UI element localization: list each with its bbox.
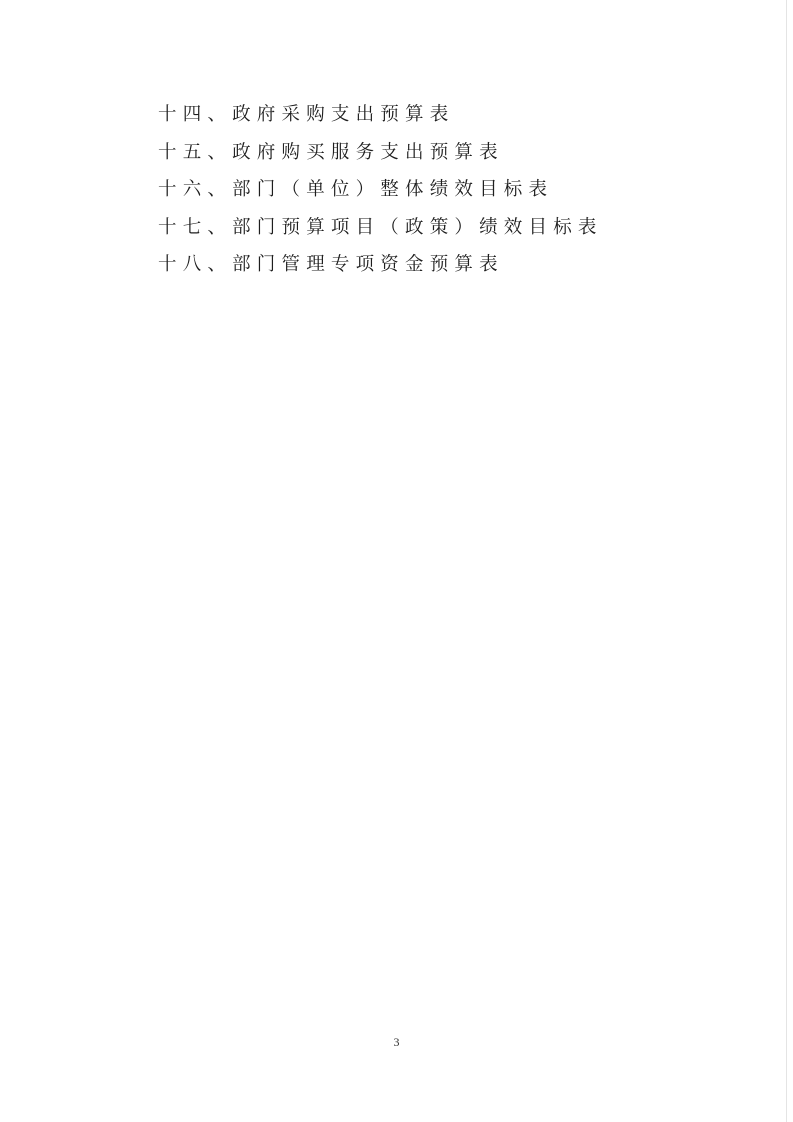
toc-item-15: 十五、政府购买服务支出预算表 bbox=[158, 139, 603, 177]
page-edge bbox=[786, 0, 787, 1122]
toc-item-16: 十六、部门（单位）整体绩效目标表 bbox=[158, 176, 603, 214]
table-of-contents: 十四、政府采购支出预算表 十五、政府购买服务支出预算表 十六、部门（单位）整体绩… bbox=[158, 101, 603, 289]
toc-item-18: 十八、部门管理专项资金预算表 bbox=[158, 251, 603, 289]
toc-item-14: 十四、政府采购支出预算表 bbox=[158, 101, 603, 139]
toc-item-17: 十七、部门预算项目（政策）绩效目标表 bbox=[158, 214, 603, 252]
page-number: 3 bbox=[0, 1035, 793, 1050]
